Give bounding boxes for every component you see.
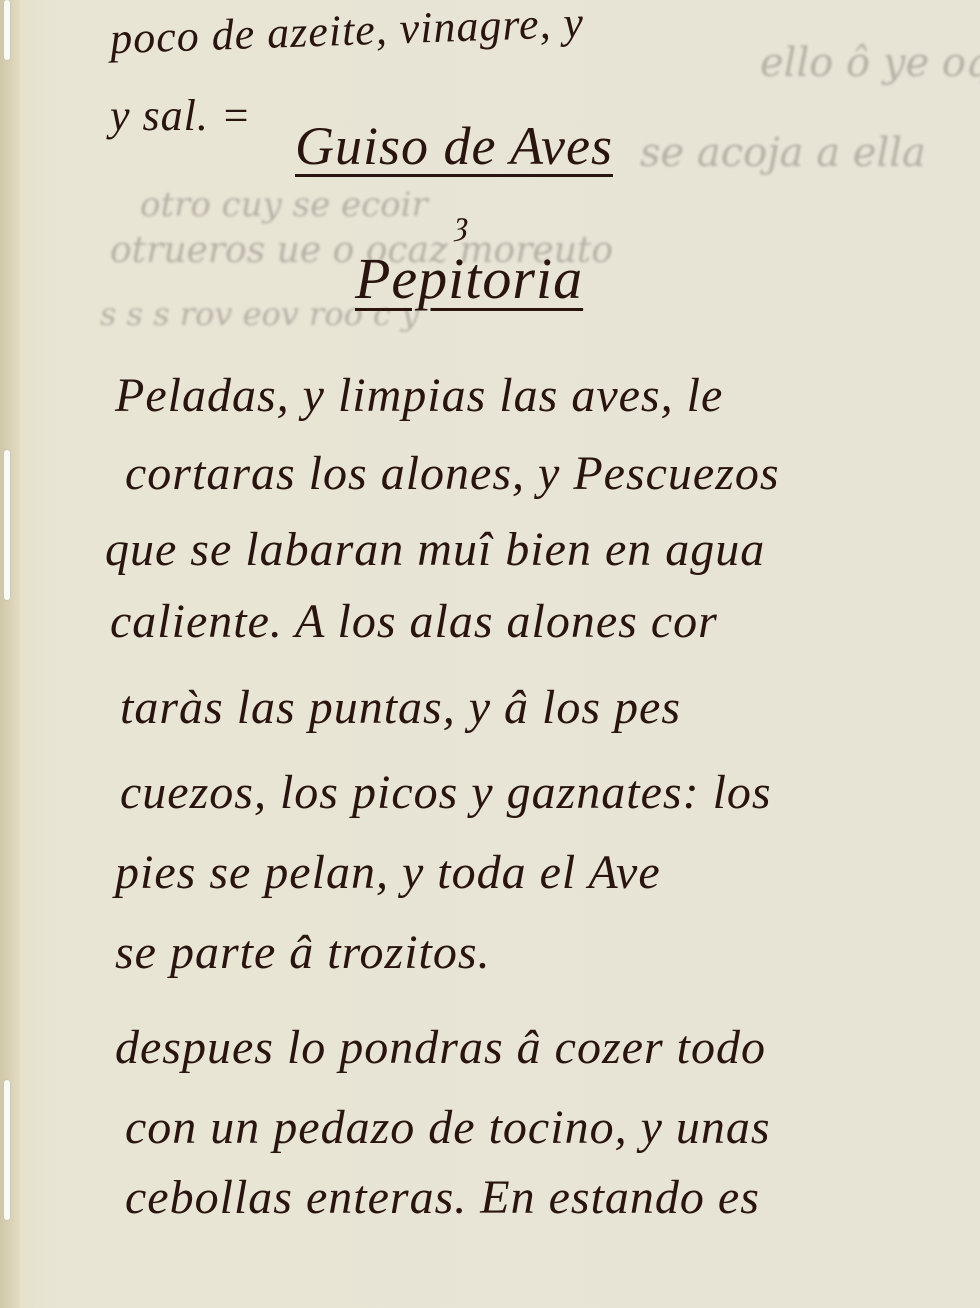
recipe-line: caliente. A los alas alones cor xyxy=(110,594,718,649)
recipe-category-heading: Guiso de Aves xyxy=(295,115,613,177)
previous-recipe-line: y sal. = xyxy=(110,90,252,141)
binding-thread xyxy=(4,450,10,600)
bleed-through-text: se acoja a ella xyxy=(640,130,926,176)
recipe-title-heading: Pepitoria xyxy=(355,245,583,312)
manuscript-page: ello ô ye oque se acoja a ella otro cuy … xyxy=(0,0,980,1308)
recipe-line: pies se pelan, y toda el Ave xyxy=(115,845,661,900)
binding-thread xyxy=(4,0,10,60)
bleed-through-text: otro cuy se ecoir xyxy=(140,185,428,225)
recipe-line: cuezos, los picos y gaznates: los xyxy=(120,765,772,820)
recipe-line: con un pedazo de tocino, y unas xyxy=(125,1100,771,1155)
conjunction-mark: ȝ xyxy=(455,205,468,243)
recipe-line: despues lo pondras â cozer todo xyxy=(115,1020,766,1075)
recipe-line: cebollas enteras. En estando es xyxy=(125,1170,760,1225)
recipe-line: que se labaran muî bien en agua xyxy=(105,522,765,577)
recipe-line: taràs las puntas, y â los pes xyxy=(120,680,681,735)
recipe-line: Peladas, y limpias las aves, le xyxy=(115,368,723,423)
recipe-line: cortaras los alones, y Pescuezos xyxy=(125,446,780,501)
book-binding xyxy=(0,0,20,1308)
bleed-through-text: ello ô ye oque xyxy=(760,40,980,86)
previous-recipe-line: poco de azeite, vinagre, y xyxy=(109,0,584,64)
recipe-line: se parte â trozitos. xyxy=(115,925,491,980)
binding-thread xyxy=(4,1080,10,1220)
